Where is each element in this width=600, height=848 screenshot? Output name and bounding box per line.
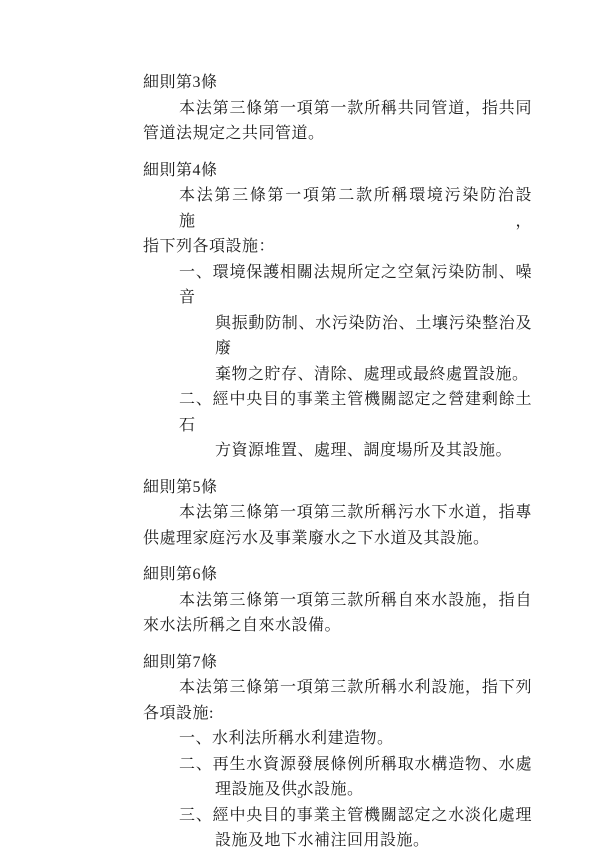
article-line: 指下列各項設施： [143, 234, 532, 260]
article-line: 本法第三條第一項第三款所稱自來水設施，指自 [179, 588, 532, 614]
article-line: 設施及地下水補注回用設施。 [215, 828, 532, 848]
article-line: 來水法所稱之自來水設備。 [143, 613, 532, 639]
article-line: 本法第三條第一項第一款所稱共同管道，指共同 [179, 96, 532, 122]
article: 細則第5條本法第三條第一項第三款所稱污水下水道，指專供處理家庭污水及事業廢水之下… [143, 475, 532, 552]
article: 細則第6條本法第三條第一項第三款所稱自來水設施，指自來水法所稱之自來水設備。 [143, 562, 532, 639]
article: 細則第4條本法第三條第一項第二款所稱環境污染防治設施，指下列各項設施：一、環境保… [143, 158, 532, 464]
article-line: 各項設施: [143, 701, 532, 727]
document-page: 細則第3條本法第三條第一項第一款所稱共同管道，指共同管道法規定之共同管道。細則第… [0, 0, 600, 848]
article-line: 棄物之貯存、清除、處理或最終處置設施。 [215, 362, 532, 388]
article-line: 本法第三條第一項第三款所稱水利設施，指下列 [179, 675, 532, 701]
article-line: 本法第三條第一項第三款所稱污水下水道，指專 [179, 500, 532, 526]
article-heading: 細則第7條 [143, 650, 532, 676]
article: 細則第3條本法第三條第一項第一款所稱共同管道，指共同管道法規定之共同管道。 [143, 70, 532, 147]
article-line: 一、環境保護相關法規所定之空氣污染防制、噪音 [179, 260, 532, 311]
article-line: 供處理家庭污水及事業廢水之下水道及其設施。 [143, 526, 532, 552]
article-line: 三、經中央目的事業主管機關認定之水淡化處理 [179, 803, 532, 829]
article-line: 本法第三條第一項第二款所稱環境污染防治設施， [179, 183, 532, 234]
article-line: 二、再生水資源發展條例所稱取水構造物、水處 [179, 752, 532, 778]
article-line: 二、經中央目的事業主管機關認定之營建剩餘土石 [179, 387, 532, 438]
article-heading: 細則第6條 [143, 562, 532, 588]
article-line: 管道法規定之共同管道。 [143, 121, 532, 147]
page-number: 5 [0, 786, 600, 802]
document-body: 細則第3條本法第三條第一項第一款所稱共同管道，指共同管道法規定之共同管道。細則第… [143, 70, 532, 848]
article-heading: 細則第3條 [143, 70, 532, 96]
article-heading: 細則第5條 [143, 475, 532, 501]
article-line: 方資源堆置、處理、調度場所及其設施。 [215, 438, 532, 464]
article-line: 一、水利法所稱水利建造物。 [179, 726, 532, 752]
article-line: 與振動防制、水污染防治、土壤污染整治及廢 [215, 311, 532, 362]
article: 細則第7條本法第三條第一項第三款所稱水利設施，指下列各項設施:一、水利法所稱水利… [143, 650, 532, 848]
article-heading: 細則第4條 [143, 158, 532, 184]
